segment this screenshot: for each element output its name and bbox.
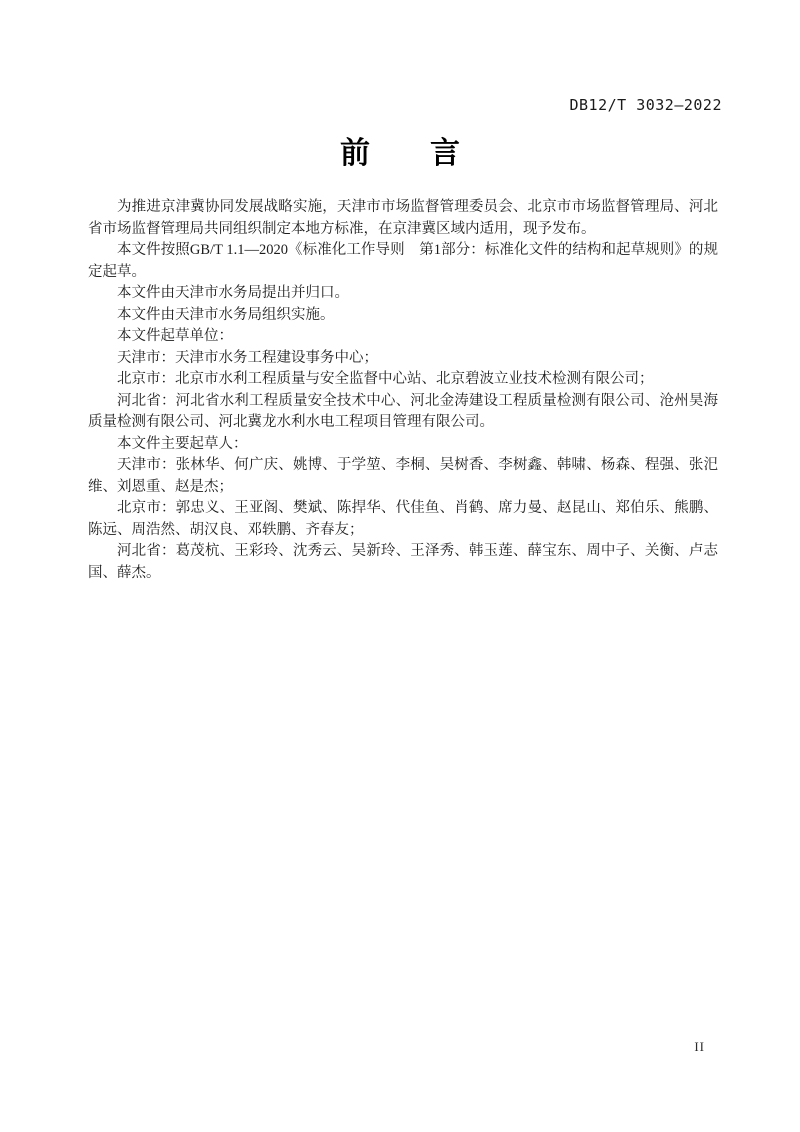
page-title: 前 言 — [0, 128, 800, 172]
page-number: II — [694, 1039, 705, 1055]
foreword-paragraph: 北京市：郭忠义、王亚阁、樊斌、陈捍华、代佳鱼、肖鹤、席力曼、赵昆山、郑伯乐、熊鹏… — [88, 498, 718, 541]
foreword-paragraph: 本文件主要起草人： — [88, 434, 718, 456]
foreword-paragraph: 本文件由天津市水务局组织实施。 — [88, 305, 718, 327]
foreword-paragraph: 本文件由天津市水务局提出并归口。 — [88, 283, 718, 305]
foreword-paragraph: 为推进京津冀协同发展战略实施，天津市市场监督管理委员会、北京市市场监督管理局、河… — [88, 197, 718, 240]
standard-number: DB12/T 3032—2022 — [570, 96, 723, 114]
foreword-paragraph: 天津市：张林华、何广庆、姚博、于学堃、李桐、吴树香、李树鑫、韩啸、杨森、程强、张… — [88, 455, 718, 498]
foreword-paragraph: 本文件起草单位： — [88, 326, 718, 348]
foreword-paragraph: 天津市：天津市水务工程建设事务中心； — [88, 348, 718, 370]
foreword-body: 为推进京津冀协同发展战略实施，天津市市场监督管理委员会、北京市市场监督管理局、河… — [88, 197, 718, 584]
foreword-paragraph: 河北省：河北省水利工程质量安全技术中心、河北金涛建设工程质量检测有限公司、沧州昊… — [88, 391, 718, 434]
foreword-paragraph: 北京市：北京市水利工程质量与安全监督中心站、北京碧波立业技术检测有限公司； — [88, 369, 718, 391]
document-page: DB12/T 3032—2022 前 言 为推进京津冀协同发展战略实施，天津市市… — [0, 0, 800, 1132]
foreword-paragraph: 河北省：葛茂杭、王彩玲、沈秀云、吴新玲、王泽秀、韩玉莲、薛宝东、周中子、关衡、卢… — [88, 541, 718, 584]
foreword-paragraph: 本文件按照GB/T 1.1—2020《标准化工作导则 第1部分：标准化文件的结构… — [88, 240, 718, 283]
